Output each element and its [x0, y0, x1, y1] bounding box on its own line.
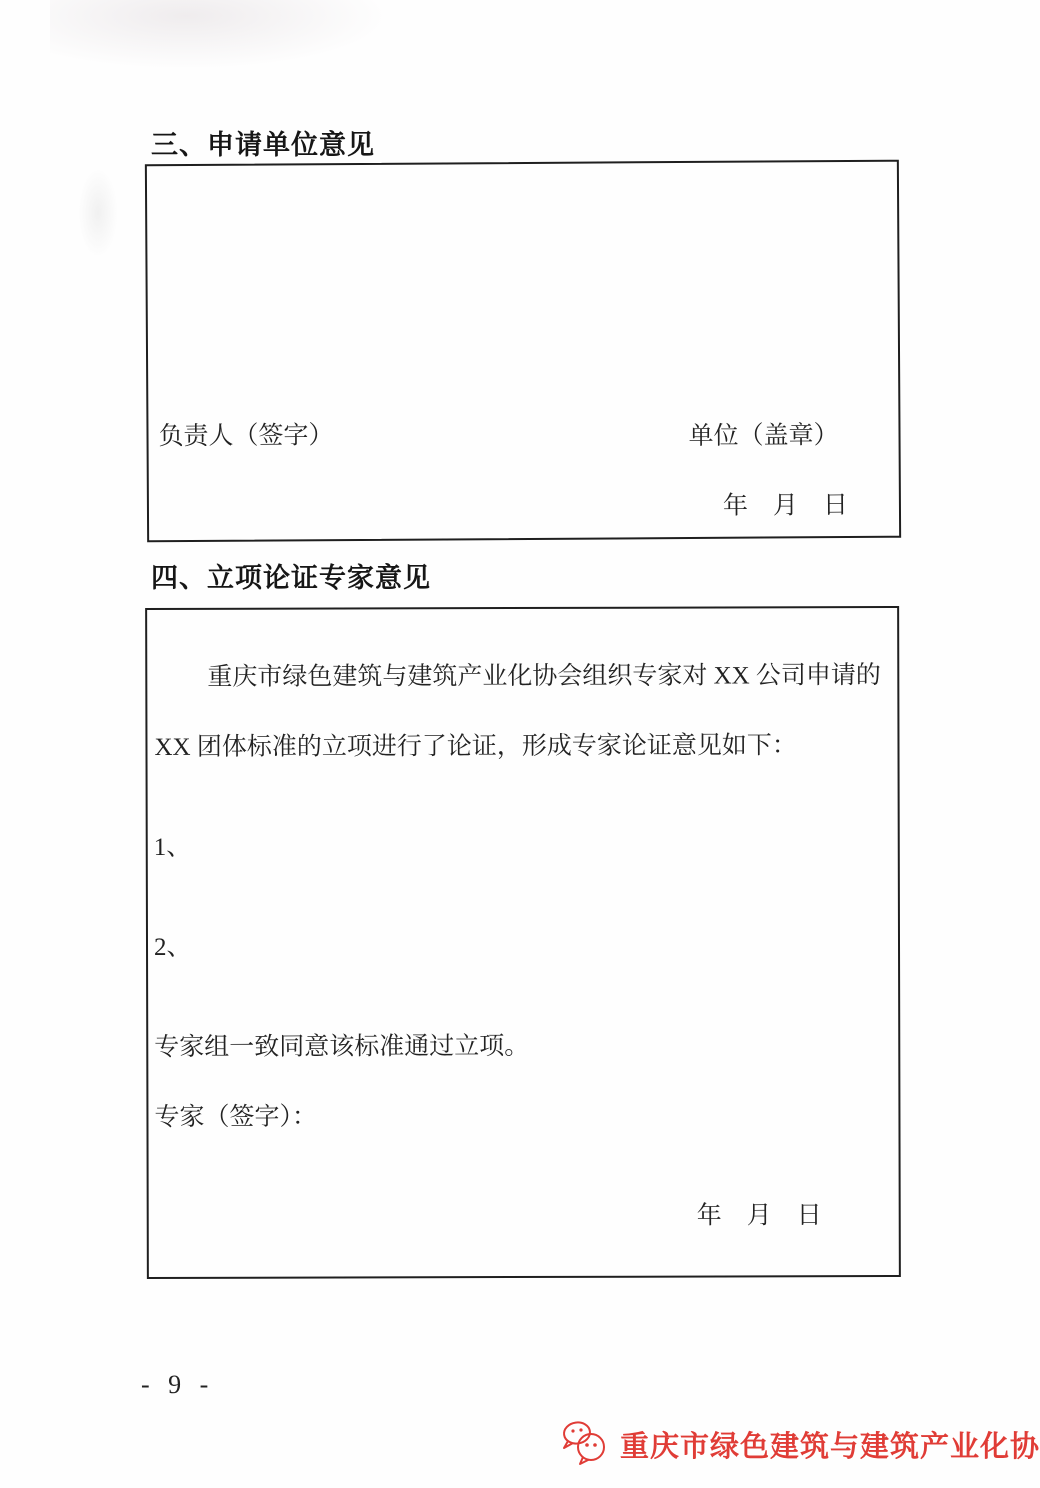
expert-signature-label: 专家（签字）：: [154, 1102, 317, 1135]
unit-seal-label: 单位（盖章）: [688, 420, 838, 453]
section4-heading: 四、立项论证专家意见: [151, 556, 431, 595]
section4-date-label: 年 月 日: [697, 1200, 822, 1233]
expert-opinion-paragraph-line1: 重庆市绿色建筑与建筑产业化协会组织专家对 XX 公司申请的: [207, 660, 881, 694]
scan-artifact: [78, 168, 118, 258]
expert-conclusion-text: 专家组一致同意该标准通过立项。: [154, 1031, 529, 1064]
opinion-item-2: 2、: [154, 932, 192, 965]
footer-brand: 重庆市绿色建筑与建筑产业化协会: [560, 1420, 1040, 1468]
scan-artifact: [50, 0, 390, 70]
responsible-person-signature-label: 负责人（签字）: [158, 420, 333, 454]
opinion-item-1: 1、: [154, 832, 192, 865]
expert-opinion-paragraph-line2: XX 团体标准的立项进行了论证，形成专家论证意见如下：: [154, 730, 796, 764]
section3-heading: 三、申请单位意见: [151, 123, 375, 162]
page-number: - 9 -: [141, 1370, 214, 1400]
section3-date-label: 年 月 日: [723, 490, 848, 523]
section3-opinion-box: 负责人（签字） 单位（盖章） 年 月 日: [145, 160, 901, 543]
chat-bubbles-logo-icon: [560, 1420, 612, 1468]
section4-opinion-box: 重庆市绿色建筑与建筑产业化协会组织专家对 XX 公司申请的 XX 团体标准的立项…: [145, 606, 901, 1279]
association-name: 重庆市绿色建筑与建筑产业化协会: [620, 1424, 1040, 1465]
document-page: 三、申请单位意见 负责人（签字） 单位（盖章） 年 月 日 四、立项论证专家意见…: [0, 0, 1040, 1488]
